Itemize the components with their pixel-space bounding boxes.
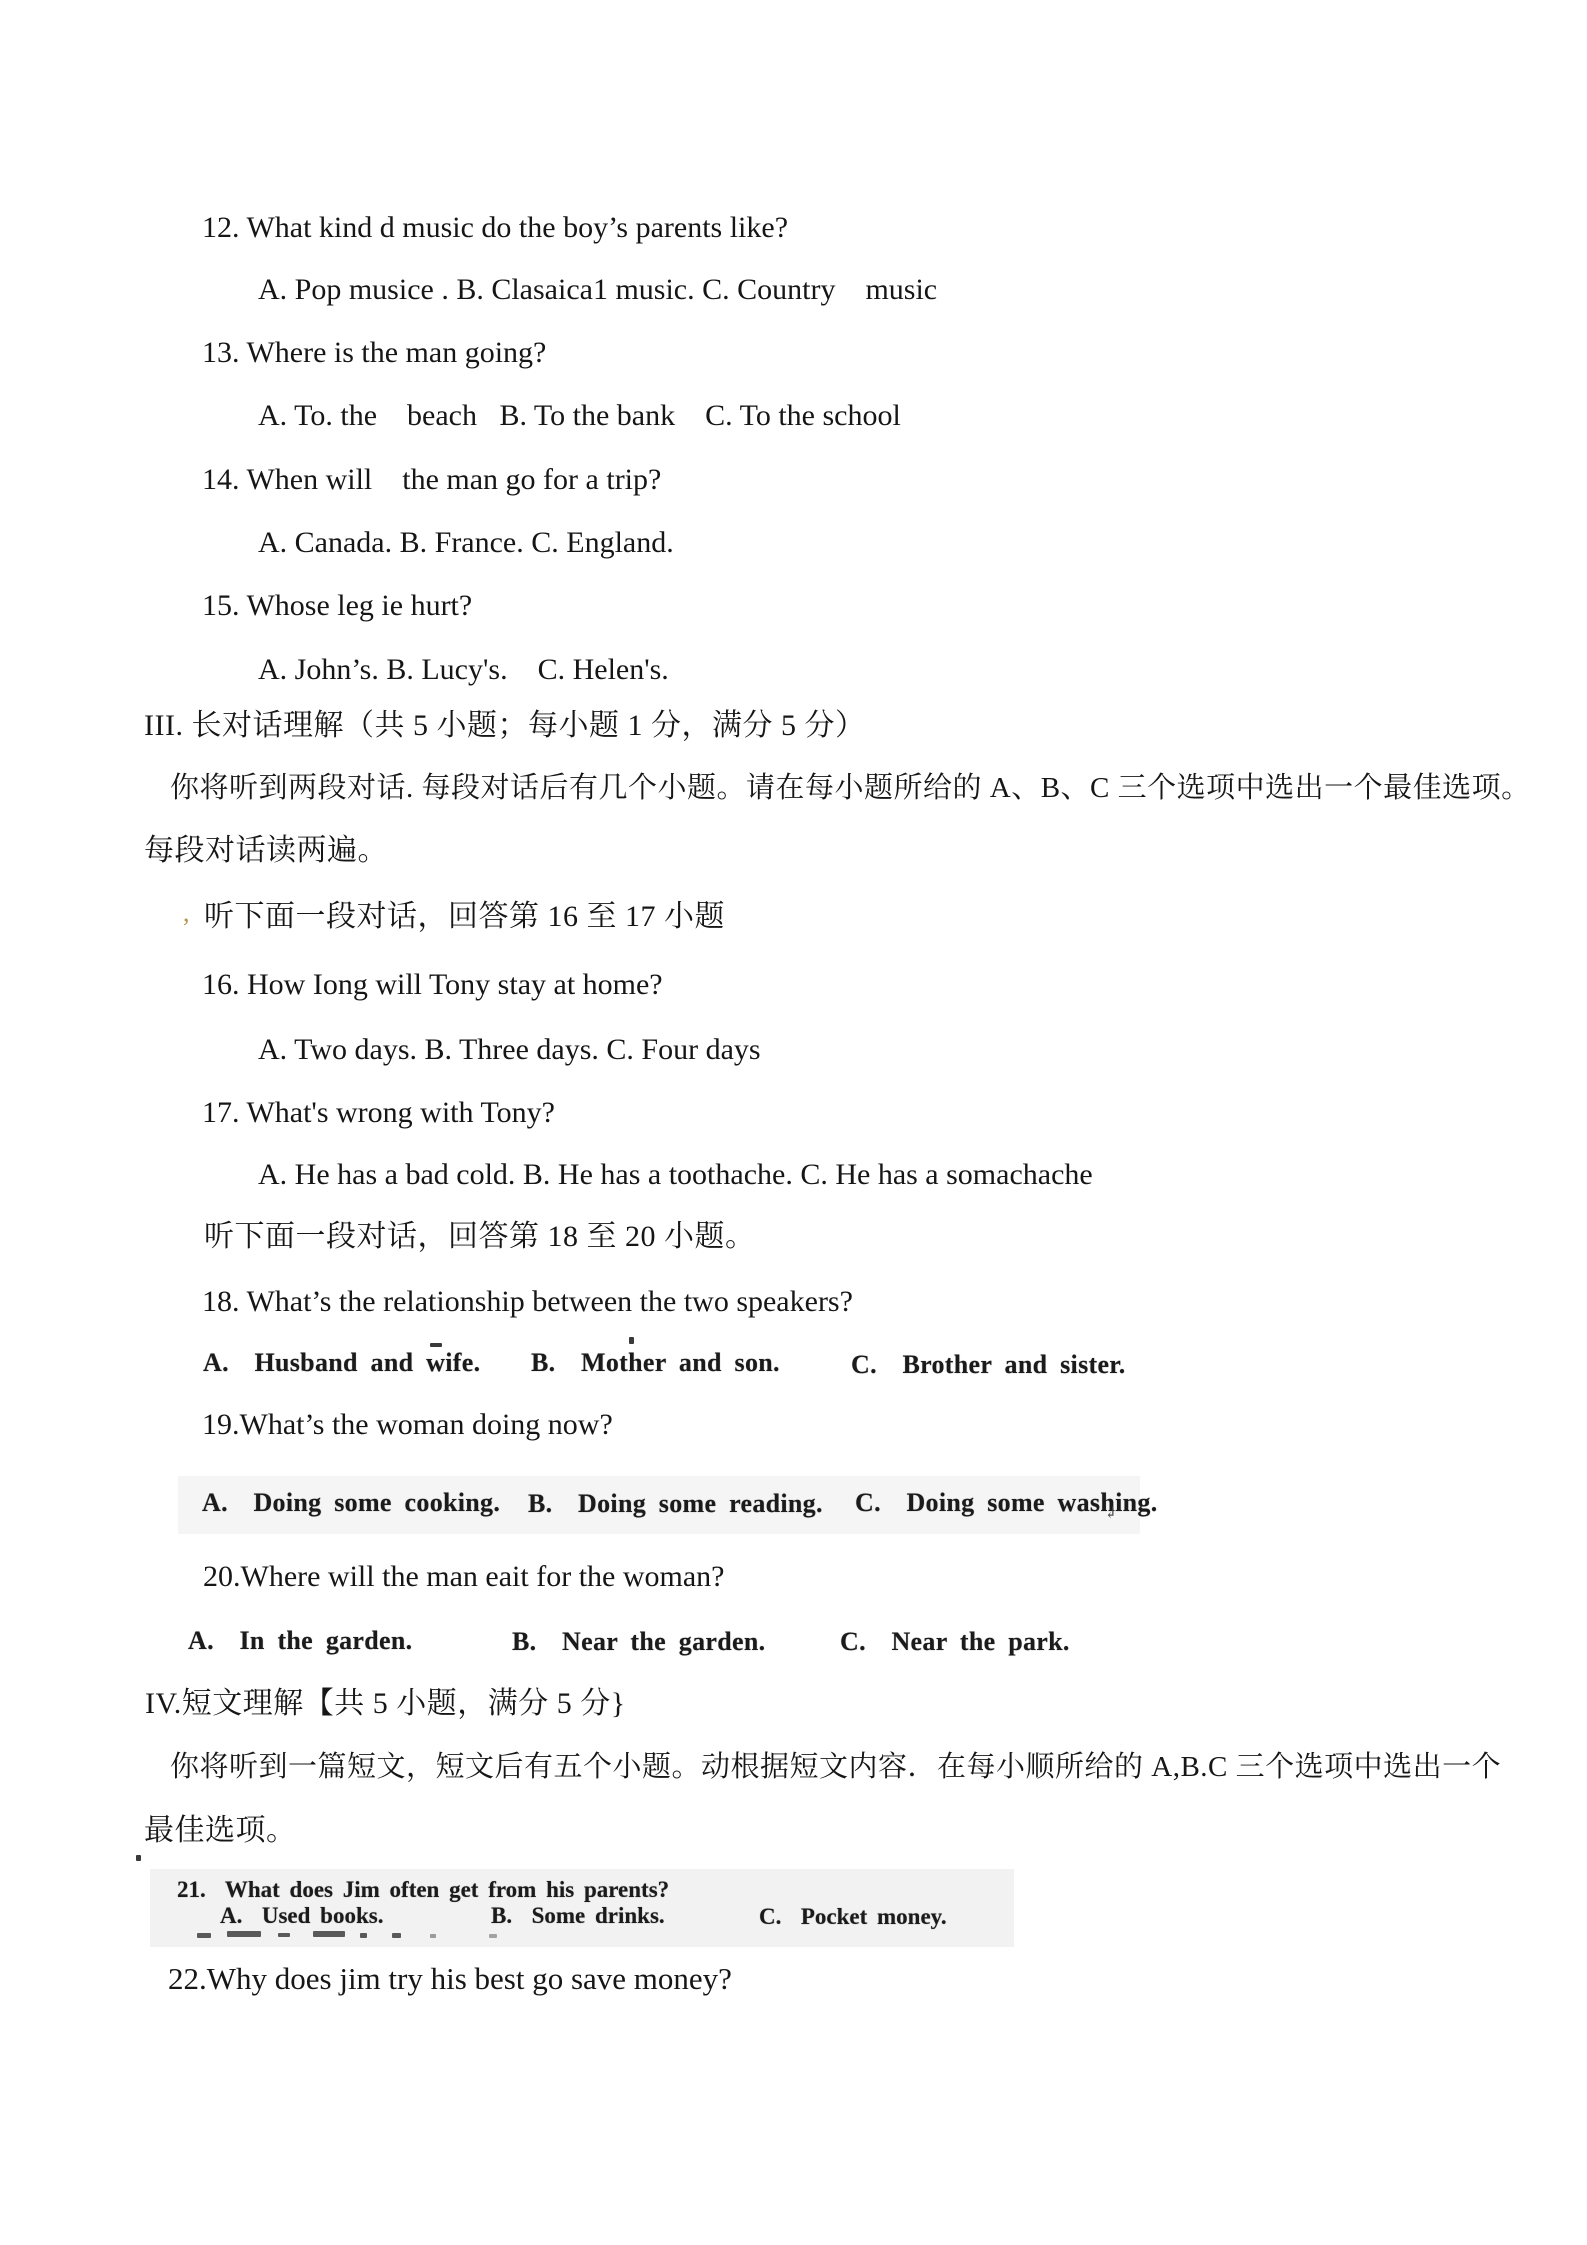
scan-speck xyxy=(136,1855,141,1861)
option-19-a: A. Doing some cooking. xyxy=(202,1487,500,1520)
question-17: 17. What's wrong with Tony? xyxy=(202,1094,555,1132)
options-17: A. He has a bad cold. B. He has a tootha… xyxy=(258,1156,1093,1194)
option-21-c: C. Pocket money. xyxy=(759,1903,947,1932)
options-12: A. Pop musice . B. Clasaica1 music. C. C… xyxy=(258,271,937,309)
question-22: 22.Why does jim try his best go save mon… xyxy=(168,1960,732,1999)
question-15: 15. Whose leg ie hurt? xyxy=(202,587,472,625)
stray-comma-mark: , xyxy=(183,900,190,926)
option-18-a: A. Husband and wife. xyxy=(203,1347,480,1380)
question-12: 12. What kind d music do the boy’s paren… xyxy=(202,209,788,247)
section3-intro-line2: 每段对话读两遍。 xyxy=(144,832,388,870)
question-16: 16. How Iong will Tony stay at home? xyxy=(202,966,663,1004)
listening-prompt-18-20: 听下面一段对话，回答第 18 至 20 小题。 xyxy=(204,1218,756,1256)
option-20-b: B. Near the garden. xyxy=(512,1626,765,1659)
options-15: A. John’s. B. Lucy's. C. Helen's. xyxy=(258,651,669,689)
listening-prompt-16-17: 听下面一段对话，回答第 16 至 17 小题 xyxy=(204,898,725,936)
line-break-mark: ↲ xyxy=(1104,1506,1117,1522)
option-20-a: A. In the garden. xyxy=(188,1625,412,1658)
options-16: A. Two days. B. Three days. C. Four days xyxy=(258,1031,761,1069)
option-21-b: B. Some drinks. xyxy=(491,1902,665,1931)
option-20-c: C. Near the park. xyxy=(840,1626,1070,1659)
question-20: 20.Where will the man eait for the woman… xyxy=(203,1558,724,1596)
section4-heading: IV.短文理解【共 5 小题，满分 5 分} xyxy=(145,1685,626,1723)
question-14: 14. When will the man go for a trip? xyxy=(202,461,661,499)
question-13: 13. Where is the man going? xyxy=(202,334,546,372)
options-14: A. Canada. B. France. C. England. xyxy=(258,524,674,562)
section3-intro-line1: 你将听到两段对话. 每段对话后有几个小题。请在每小题所给的 A、B、C 三个选项… xyxy=(170,770,1531,806)
exam-document-page: 12. What kind d music do the boy’s paren… xyxy=(0,0,1587,2245)
section4-intro-line1: 你将听到一篇短文，短文后有五个小题。动根据短文内容．在每小顺所给的 A,B.C … xyxy=(170,1749,1501,1785)
question-21: 21. What does Jim often get from his par… xyxy=(177,1876,669,1905)
section3-heading: III. 长对话理解（共 5 小题；每小题 1 分，满分 5 分） xyxy=(144,707,865,745)
scan-speck xyxy=(629,1337,634,1344)
section4-intro-line2: 最佳选项。 xyxy=(144,1812,297,1850)
question-18: 18. What’s the relationship between the … xyxy=(202,1283,853,1321)
option-21-a: A. Used books. xyxy=(220,1902,383,1931)
option-18-c: C. Brother and sister. xyxy=(851,1349,1126,1382)
options-13: A. To. the beach B. To the bank C. To th… xyxy=(258,397,901,435)
question-19: 19.What’s the woman doing now? xyxy=(202,1406,613,1444)
option-18-b: B. Mother and son. xyxy=(531,1347,780,1380)
option-19-b: B. Doing some reading. xyxy=(528,1488,823,1521)
